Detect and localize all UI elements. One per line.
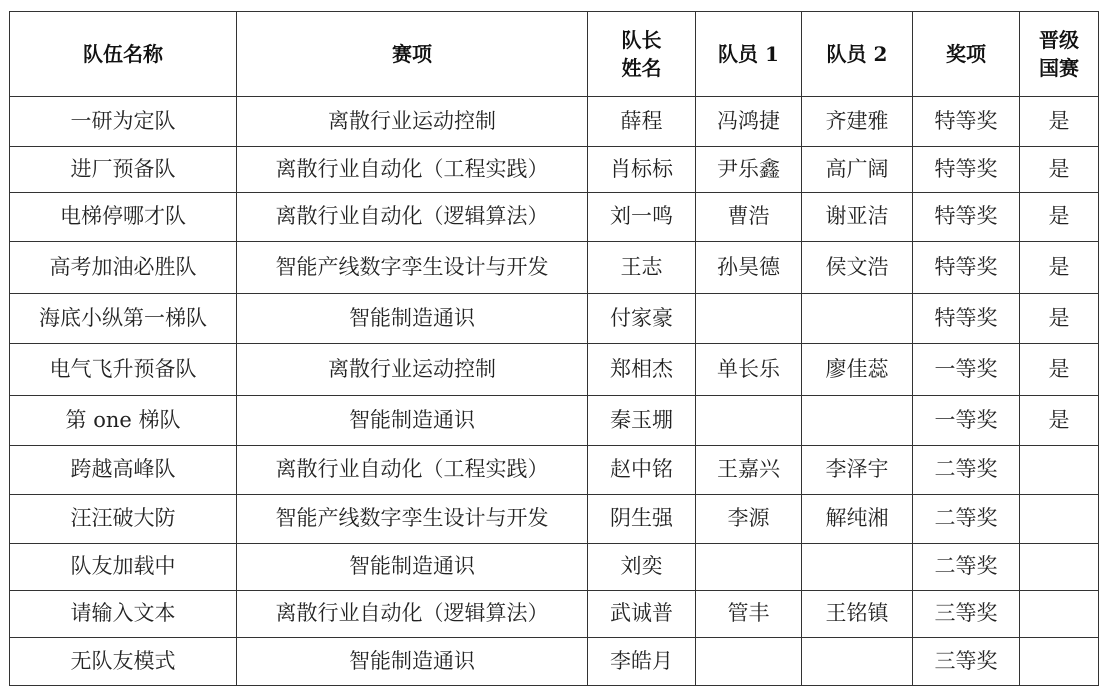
event-cell: 智能制造通识 xyxy=(237,396,588,446)
member2-cell xyxy=(802,294,913,344)
captain-cell: 刘奕 xyxy=(588,544,696,591)
member1-cell: 王嘉兴 xyxy=(696,446,802,495)
member1-cell xyxy=(696,638,802,686)
table-row: 队友加载中智能制造通识刘奕二等奖 xyxy=(10,544,1099,591)
captain-cell: 秦玉堋 xyxy=(588,396,696,446)
table-row: 海底小纵第一梯队智能制造通识付家豪特等奖是 xyxy=(10,294,1099,344)
member2-cell: 齐建雅 xyxy=(802,97,913,147)
captain-cell: 赵中铭 xyxy=(588,446,696,495)
table-row: 电气飞升预备队离散行业运动控制郑相杰单长乐廖佳蕊一等奖是 xyxy=(10,344,1099,396)
event-cell: 离散行业运动控制 xyxy=(237,97,588,147)
team-name-cell: 电梯停哪才队 xyxy=(10,193,237,242)
advance-cell xyxy=(1020,495,1099,544)
award-cell: 一等奖 xyxy=(913,396,1020,446)
advance-cell xyxy=(1020,591,1099,638)
table-row: 高考加油必胜队智能产线数字孪生设计与开发王志孙昊德侯文浩特等奖是 xyxy=(10,242,1099,294)
table-row: 请输入文本离散行业自动化（逻辑算法）武诚普管丰王铭镇三等奖 xyxy=(10,591,1099,638)
captain-cell: 郑相杰 xyxy=(588,344,696,396)
award-cell: 二等奖 xyxy=(913,544,1020,591)
captain-cell: 王志 xyxy=(588,242,696,294)
header-row: 队伍名称 赛项 队长 姓名 队员 1 队员 2 奖项 晋级 国赛 xyxy=(10,12,1099,97)
member2-cell: 高广阔 xyxy=(802,147,913,193)
award-cell: 特等奖 xyxy=(913,147,1020,193)
event-cell: 离散行业自动化（工程实践） xyxy=(237,446,588,495)
team-name-cell: 电气飞升预备队 xyxy=(10,344,237,396)
team-name-cell: 队友加载中 xyxy=(10,544,237,591)
team-name-cell: 海底小纵第一梯队 xyxy=(10,294,237,344)
header-captain-line1: 队长 xyxy=(588,26,695,54)
captain-cell: 付家豪 xyxy=(588,294,696,344)
member2-cell xyxy=(802,544,913,591)
team-name-cell: 跨越高峰队 xyxy=(10,446,237,495)
member1-cell: 孙昊德 xyxy=(696,242,802,294)
member1-cell: 管丰 xyxy=(696,591,802,638)
award-cell: 特等奖 xyxy=(913,242,1020,294)
table-row: 汪汪破大防智能产线数字孪生设计与开发阴生强李源解纯湘二等奖 xyxy=(10,495,1099,544)
advance-cell: 是 xyxy=(1020,193,1099,242)
captain-cell: 阴生强 xyxy=(588,495,696,544)
captain-cell: 肖标标 xyxy=(588,147,696,193)
event-cell: 智能产线数字孪生设计与开发 xyxy=(237,495,588,544)
member1-cell: 曹浩 xyxy=(696,193,802,242)
member1-cell: 单长乐 xyxy=(696,344,802,396)
header-member2: 队员 2 xyxy=(802,12,913,97)
member1-cell xyxy=(696,294,802,344)
event-cell: 离散行业自动化（逻辑算法） xyxy=(237,193,588,242)
member1-cell xyxy=(696,396,802,446)
advance-cell: 是 xyxy=(1020,294,1099,344)
team-name-cell: 进厂预备队 xyxy=(10,147,237,193)
member2-cell: 解纯湘 xyxy=(802,495,913,544)
table-row: 进厂预备队离散行业自动化（工程实践）肖标标尹乐鑫高广阔特等奖是 xyxy=(10,147,1099,193)
member2-cell xyxy=(802,396,913,446)
header-advance-line1: 晋级 xyxy=(1020,26,1098,54)
member1-cell: 李源 xyxy=(696,495,802,544)
header-advance-line2: 国赛 xyxy=(1020,54,1098,82)
event-cell: 智能制造通识 xyxy=(237,638,588,686)
advance-cell: 是 xyxy=(1020,344,1099,396)
captain-cell: 刘一鸣 xyxy=(588,193,696,242)
header-award: 奖项 xyxy=(913,12,1020,97)
table-row: 无队友模式智能制造通识李皓月三等奖 xyxy=(10,638,1099,686)
event-cell: 智能制造通识 xyxy=(237,294,588,344)
member2-cell: 侯文浩 xyxy=(802,242,913,294)
table-row: 第 one 梯队智能制造通识秦玉堋一等奖是 xyxy=(10,396,1099,446)
member2-cell: 廖佳蕊 xyxy=(802,344,913,396)
event-cell: 离散行业自动化（逻辑算法） xyxy=(237,591,588,638)
event-cell: 智能产线数字孪生设计与开发 xyxy=(237,242,588,294)
awards-table: 队伍名称 赛项 队长 姓名 队员 1 队员 2 奖项 晋级 国赛 一研为定队离散… xyxy=(9,11,1099,686)
team-name-cell: 第 one 梯队 xyxy=(10,396,237,446)
team-name-cell: 请输入文本 xyxy=(10,591,237,638)
member1-cell xyxy=(696,544,802,591)
member2-cell: 王铭镇 xyxy=(802,591,913,638)
member2-cell: 谢亚洁 xyxy=(802,193,913,242)
award-cell: 一等奖 xyxy=(913,344,1020,396)
header-team-name: 队伍名称 xyxy=(10,12,237,97)
header-event: 赛项 xyxy=(237,12,588,97)
advance-cell: 是 xyxy=(1020,242,1099,294)
member1-cell: 尹乐鑫 xyxy=(696,147,802,193)
team-name-cell: 无队友模式 xyxy=(10,638,237,686)
event-cell: 离散行业运动控制 xyxy=(237,344,588,396)
award-cell: 三等奖 xyxy=(913,591,1020,638)
award-cell: 二等奖 xyxy=(913,446,1020,495)
event-cell: 智能制造通识 xyxy=(237,544,588,591)
award-cell: 特等奖 xyxy=(913,294,1020,344)
captain-cell: 武诚普 xyxy=(588,591,696,638)
advance-cell xyxy=(1020,638,1099,686)
advance-cell: 是 xyxy=(1020,396,1099,446)
header-member1: 队员 1 xyxy=(696,12,802,97)
table-row: 跨越高峰队离散行业自动化（工程实践）赵中铭王嘉兴李泽宇二等奖 xyxy=(10,446,1099,495)
advance-cell xyxy=(1020,446,1099,495)
table-row: 一研为定队离散行业运动控制薛程冯鸿捷齐建雅特等奖是 xyxy=(10,97,1099,147)
member1-cell: 冯鸿捷 xyxy=(696,97,802,147)
header-captain: 队长 姓名 xyxy=(588,12,696,97)
award-cell: 二等奖 xyxy=(913,495,1020,544)
event-cell: 离散行业自动化（工程实践） xyxy=(237,147,588,193)
captain-cell: 李皓月 xyxy=(588,638,696,686)
header-advance: 晋级 国赛 xyxy=(1020,12,1099,97)
award-cell: 特等奖 xyxy=(913,193,1020,242)
header-captain-line2: 姓名 xyxy=(588,54,695,82)
member2-cell xyxy=(802,638,913,686)
advance-cell xyxy=(1020,544,1099,591)
team-name-cell: 一研为定队 xyxy=(10,97,237,147)
award-cell: 特等奖 xyxy=(913,97,1020,147)
captain-cell: 薛程 xyxy=(588,97,696,147)
team-name-cell: 汪汪破大防 xyxy=(10,495,237,544)
member2-cell: 李泽宇 xyxy=(802,446,913,495)
table-row: 电梯停哪才队离散行业自动化（逻辑算法）刘一鸣曹浩谢亚洁特等奖是 xyxy=(10,193,1099,242)
advance-cell: 是 xyxy=(1020,147,1099,193)
team-name-cell: 高考加油必胜队 xyxy=(10,242,237,294)
award-cell: 三等奖 xyxy=(913,638,1020,686)
advance-cell: 是 xyxy=(1020,97,1099,147)
